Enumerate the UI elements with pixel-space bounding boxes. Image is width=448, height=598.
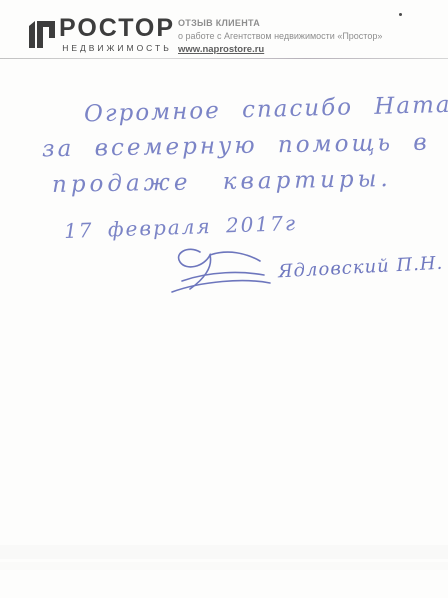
review-subheading: о работе с Агентством недвижимости «Прос… (178, 30, 382, 42)
signature-flourish (166, 244, 278, 298)
letterhead-divider-line (0, 58, 448, 59)
website-text: www.naprostore.ru (178, 44, 382, 56)
logo-text-column: РОСТОР НЕДВИЖИМОСТЬ (59, 15, 175, 53)
signature-name: Ядловский П.Н. (278, 253, 444, 283)
handwritten-line-3: продаже квартиры. (52, 166, 392, 198)
scan-artifact-dot (399, 13, 402, 16)
review-heading: ОТЗЫВ КЛИЕНТА (178, 17, 382, 29)
scan-smudge (0, 545, 448, 559)
letterhead-info: ОТЗЫВ КЛИЕНТА о работе с Агентством недв… (178, 17, 382, 56)
handwritten-line-1: Огромное спасибо Наталье (84, 91, 448, 128)
brand-subtitle: НЕДВИЖИМОСТЬ (62, 43, 172, 53)
handwritten-date: 17 февраля 2017г (64, 211, 298, 243)
handwritten-line-2: за всемерную помощь в (42, 130, 430, 163)
brand-name: РОСТОР (59, 15, 175, 42)
company-logo: РОСТОР НЕДВИЖИМОСТЬ (29, 15, 175, 53)
building-p-icon (29, 17, 56, 48)
scanned-review-letter: РОСТОР НЕДВИЖИМОСТЬ ОТЗЫВ КЛИЕНТА о рабо… (0, 0, 448, 598)
scan-smudge (0, 562, 448, 570)
